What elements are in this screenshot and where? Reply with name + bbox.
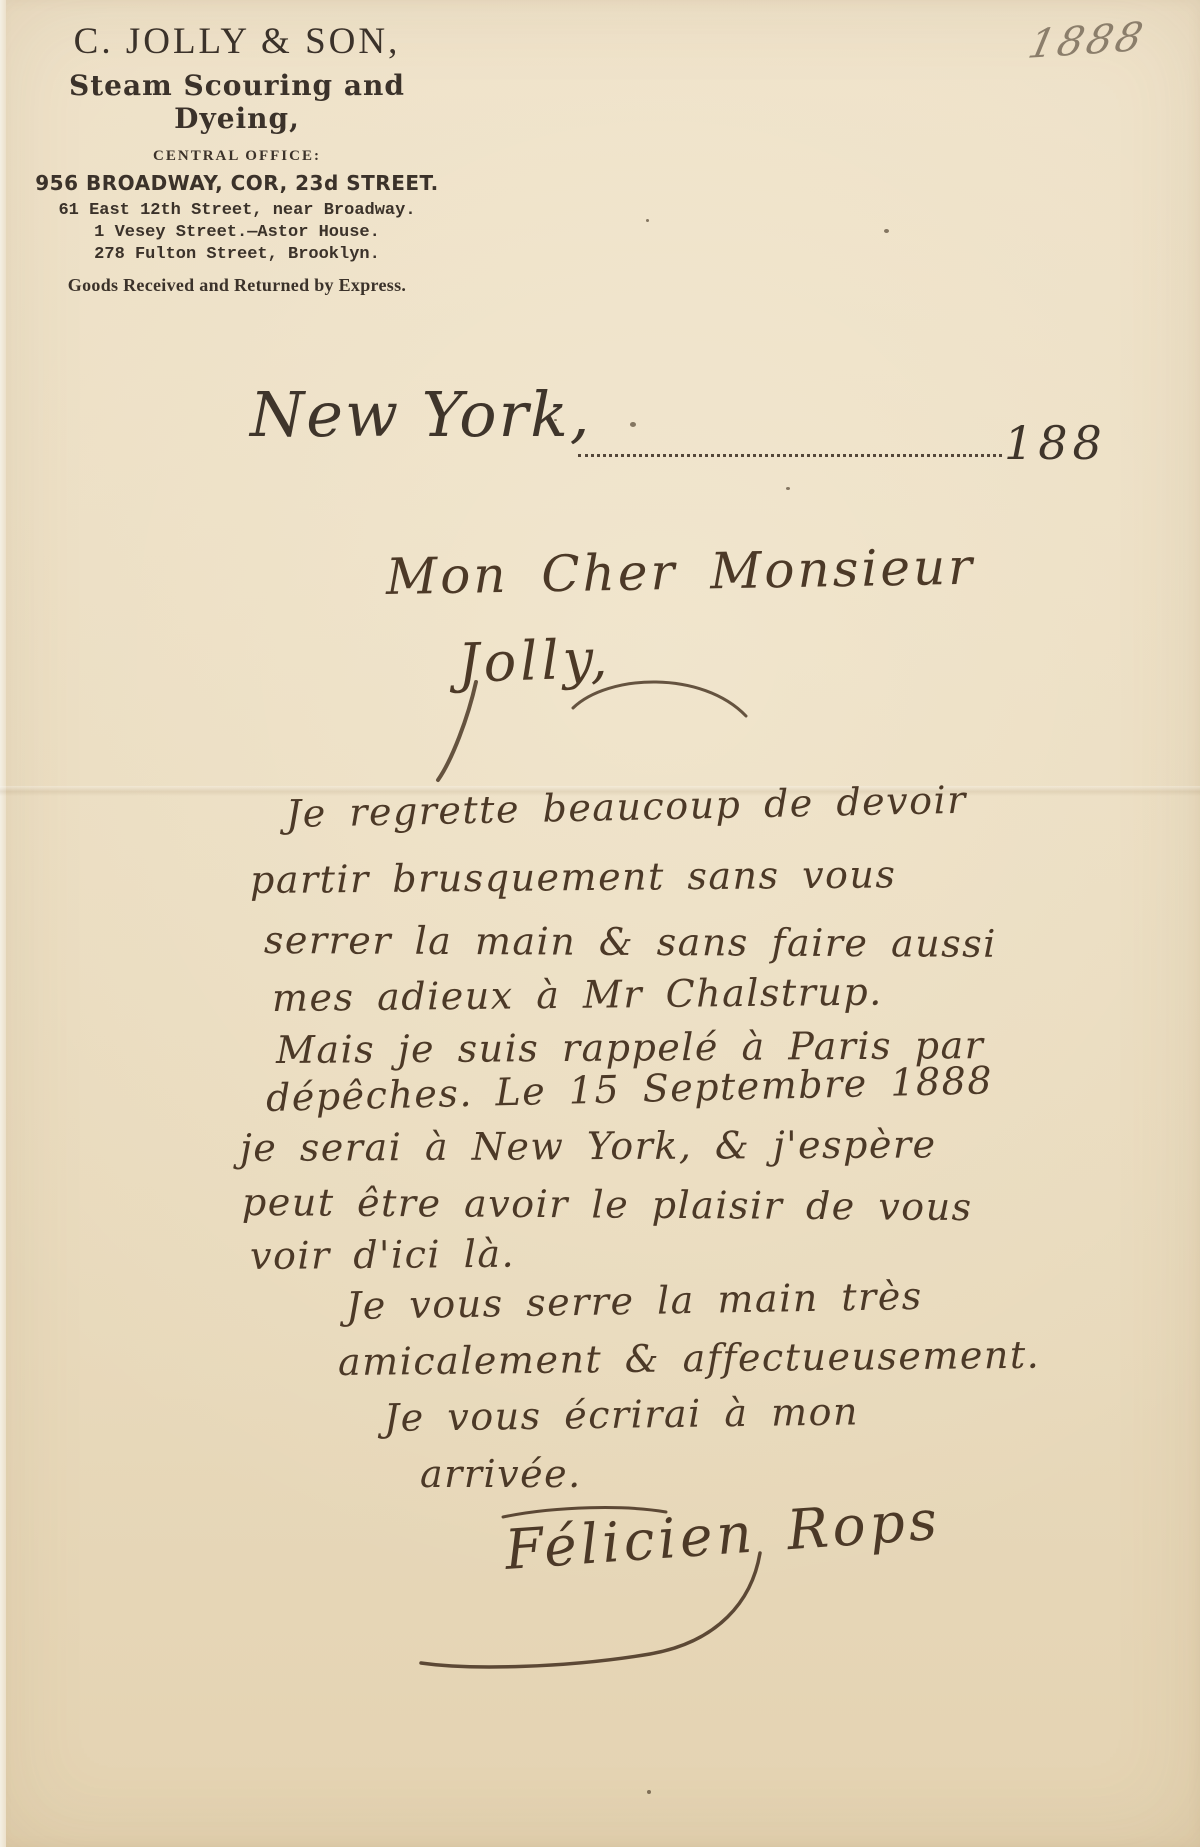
- express-note: Goods Received and Returned by Express.: [28, 275, 446, 296]
- closing-line: arrivée.: [420, 1452, 582, 1496]
- central-office-label: CENTRAL OFFICE:: [28, 148, 446, 165]
- closing-line: Je vous serre la main très: [346, 1274, 923, 1328]
- handwritten-line: voir d'ici là.: [250, 1232, 515, 1278]
- main-office-address: 956 BROADWAY, COR, 23d STREET.: [28, 171, 446, 195]
- letterhead: C. JOLLY & SON, Steam Scouring and Dyein…: [28, 20, 446, 296]
- branch-address: 1 Vesey Street.—Astor House.: [28, 222, 446, 244]
- letter-scan-page: C. JOLLY & SON, Steam Scouring and Dyein…: [0, 0, 1200, 1847]
- ink-speck: [884, 229, 889, 233]
- handwritten-line: peut être avoir le plaisir de vous: [242, 1180, 973, 1229]
- handwritten-line: partir brusquement sans vous: [250, 852, 897, 902]
- pencil-year-annotation: 1888: [1024, 14, 1150, 68]
- branch-address-list: 61 East 12th Street, near Broadway. 1 Ve…: [28, 200, 446, 266]
- dateline-city-script: New York,: [250, 378, 592, 451]
- branch-address: 278 Fulton Street, Brooklyn.: [28, 244, 446, 266]
- ink-speck: [554, 419, 557, 421]
- dateline-dotted-rule: [578, 412, 1002, 457]
- dateline-year-prefix: 188: [1004, 416, 1107, 470]
- salutation-name: Jolly,: [457, 627, 612, 695]
- salutation-line: Mon Cher Monsieur: [385, 538, 975, 606]
- ink-speck: [786, 487, 790, 490]
- handwritten-line: serrer la main & sans faire aussi: [264, 918, 997, 966]
- closing-line: amicalement & affectueusement.: [338, 1333, 1041, 1384]
- signature: Félicien Rops: [503, 1488, 943, 1582]
- ink-speck: [630, 422, 636, 427]
- ink-speck: [646, 219, 649, 222]
- scan-edge-strip: [0, 0, 6, 1847]
- ink-speck: [647, 1790, 651, 1794]
- handwritten-line: mes adieux à Mr Chalstrup.: [272, 970, 883, 1020]
- closing-line: Je vous écrirai à mon: [384, 1389, 860, 1440]
- branch-address: 61 East 12th Street, near Broadway.: [28, 200, 446, 222]
- handwritten-line: je serai à New York, & j'espère: [240, 1122, 937, 1170]
- company-name: C. JOLLY & SON,: [28, 20, 446, 63]
- business-description: Steam Scouring and Dyeing,: [28, 69, 446, 135]
